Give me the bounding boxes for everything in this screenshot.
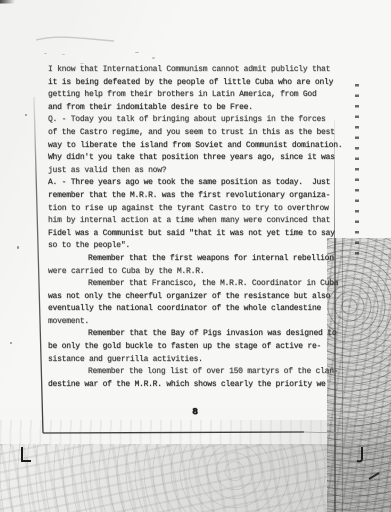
document-line: Remember that the first weapons for inte… [48,253,348,266]
page-edge-line-left [34,97,43,433]
document-line: way to liberate the island from Soviet a… [48,140,348,153]
document-line: was not only the cheerful organizer of t… [48,291,348,304]
ink-speck [10,342,12,344]
document-line: Fidel was a Communist but said "that it … [48,228,348,241]
faint-pencil-squiggle [36,37,114,41]
document-line: it is being defeated by the people of li… [48,77,348,90]
document-line: getting help from their brothers in Lati… [48,89,348,102]
ink-speck [25,114,27,116]
document-line: A. - Three years ago we took the same po… [48,177,348,190]
document-line: and from their indomitable desire to be … [48,102,348,115]
document-line: so to the people". [48,240,348,253]
document-line: tion to rise up against the tyrant Castr… [48,203,348,216]
ink-speck [62,54,65,55]
document-line: eventually the national coordinator of t… [48,303,348,316]
document-line: Remember that Francisco, the M.R.R. Coor… [48,278,348,291]
document-line: Why didn't you take that position three … [48,152,348,165]
ink-speck [152,57,155,59]
document-body: I know that International Communism cann… [48,64,348,391]
binding-marks-column [355,84,359,256]
ink-speck [17,246,19,249]
document-line: Remember that the Bay of Pigs invasion w… [48,328,348,341]
document-line: of the Castro regime, and you seem to tr… [48,127,348,140]
document-line: be only the gold buckle to fasten up the… [48,341,348,354]
document-line: Remember the long list of over 150 marty… [48,366,348,379]
scanned-document-page: I know that International Communism cann… [0,0,391,512]
document-line: just as valid then as now? [48,165,348,178]
document-line: destine war of the M.R.R. which shows cl… [48,379,348,392]
document-line: Q. - Today you talk of bringing about up… [48,114,348,127]
scanner-dash-top-left [0,0,15,4]
document-line: him by internal action at a time when ma… [48,215,348,228]
document-line: sistance and guerrilla activities. [48,354,348,367]
page-number: 8 [188,406,202,417]
document-line: remember that the M.R.R. was the first r… [48,190,348,203]
ink-speck [44,53,47,54]
document-line: I know that International Communism cann… [48,64,348,77]
document-line: were carried to Cuba by the M.R.R. [48,266,348,279]
document-line: movement. [48,316,348,329]
ink-speck [135,52,139,53]
